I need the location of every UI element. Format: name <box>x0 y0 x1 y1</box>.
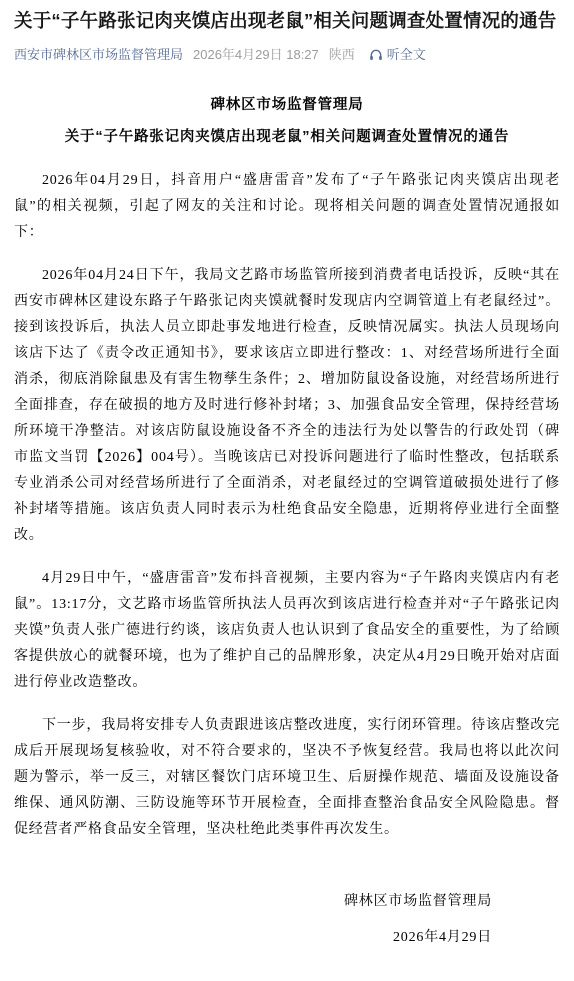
doc-body: 2026年04月29日，抖音用户“盛唐雷音”发布了“子午路张记肉夹馍店出现老鼠”… <box>14 168 560 843</box>
article-meta: 西安市碑林区市场监督管理局 2026年4月29日 18:27 陕西 听全文 <box>14 46 560 64</box>
signature-block: 碑林区市场监督管理局 2026年4月29日 <box>14 889 560 951</box>
publish-location: 陕西 <box>329 46 355 64</box>
headphones-icon <box>369 48 383 62</box>
doc-paragraph-4: 下一步，我局将安排专人负责跟进该店整改进度，实行闭环管理。待该店整改完成后开展现… <box>14 713 560 843</box>
signature-organization: 碑林区市场监督管理局 <box>14 889 492 915</box>
listen-full-text-button[interactable]: 听全文 <box>369 46 426 64</box>
notice-document: 碑林区市场监督管理局 关于“子午路张记肉夹馍店出现老鼠”相关问题调查处置情况的通… <box>14 92 560 951</box>
doc-heading-organization: 碑林区市场监督管理局 <box>14 92 560 119</box>
article-title: 关于“子午路张记肉夹馍店出现老鼠”相关问题调查处置情况的通告 <box>14 8 560 35</box>
doc-heading-notice-title: 关于“子午路张记肉夹馍店出现老鼠”相关问题调查处置情况的通告 <box>14 124 560 151</box>
article-page: 关于“子午路张记肉夹馍店出现老鼠”相关问题调查处置情况的通告 西安市碑林区市场监… <box>0 0 574 981</box>
publish-datetime: 2026年4月29日 18:27 <box>193 46 319 64</box>
signature-date: 2026年4月29日 <box>14 925 492 951</box>
account-name-link[interactable]: 西安市碑林区市场监督管理局 <box>14 46 183 64</box>
listen-full-text-label: 听全文 <box>387 46 426 64</box>
doc-paragraph-3: 4月29日中午，“盛唐雷音”发布抖音视频，主要内容为“子午路肉夹馍店内有老鼠”。… <box>14 566 560 696</box>
doc-paragraph-1: 2026年04月29日，抖音用户“盛唐雷音”发布了“子午路张记肉夹馍店出现老鼠”… <box>14 168 560 246</box>
doc-paragraph-2: 2026年04月24日下午，我局文艺路市场监管所接到消费者电话投诉，反映“其在西… <box>14 263 560 549</box>
